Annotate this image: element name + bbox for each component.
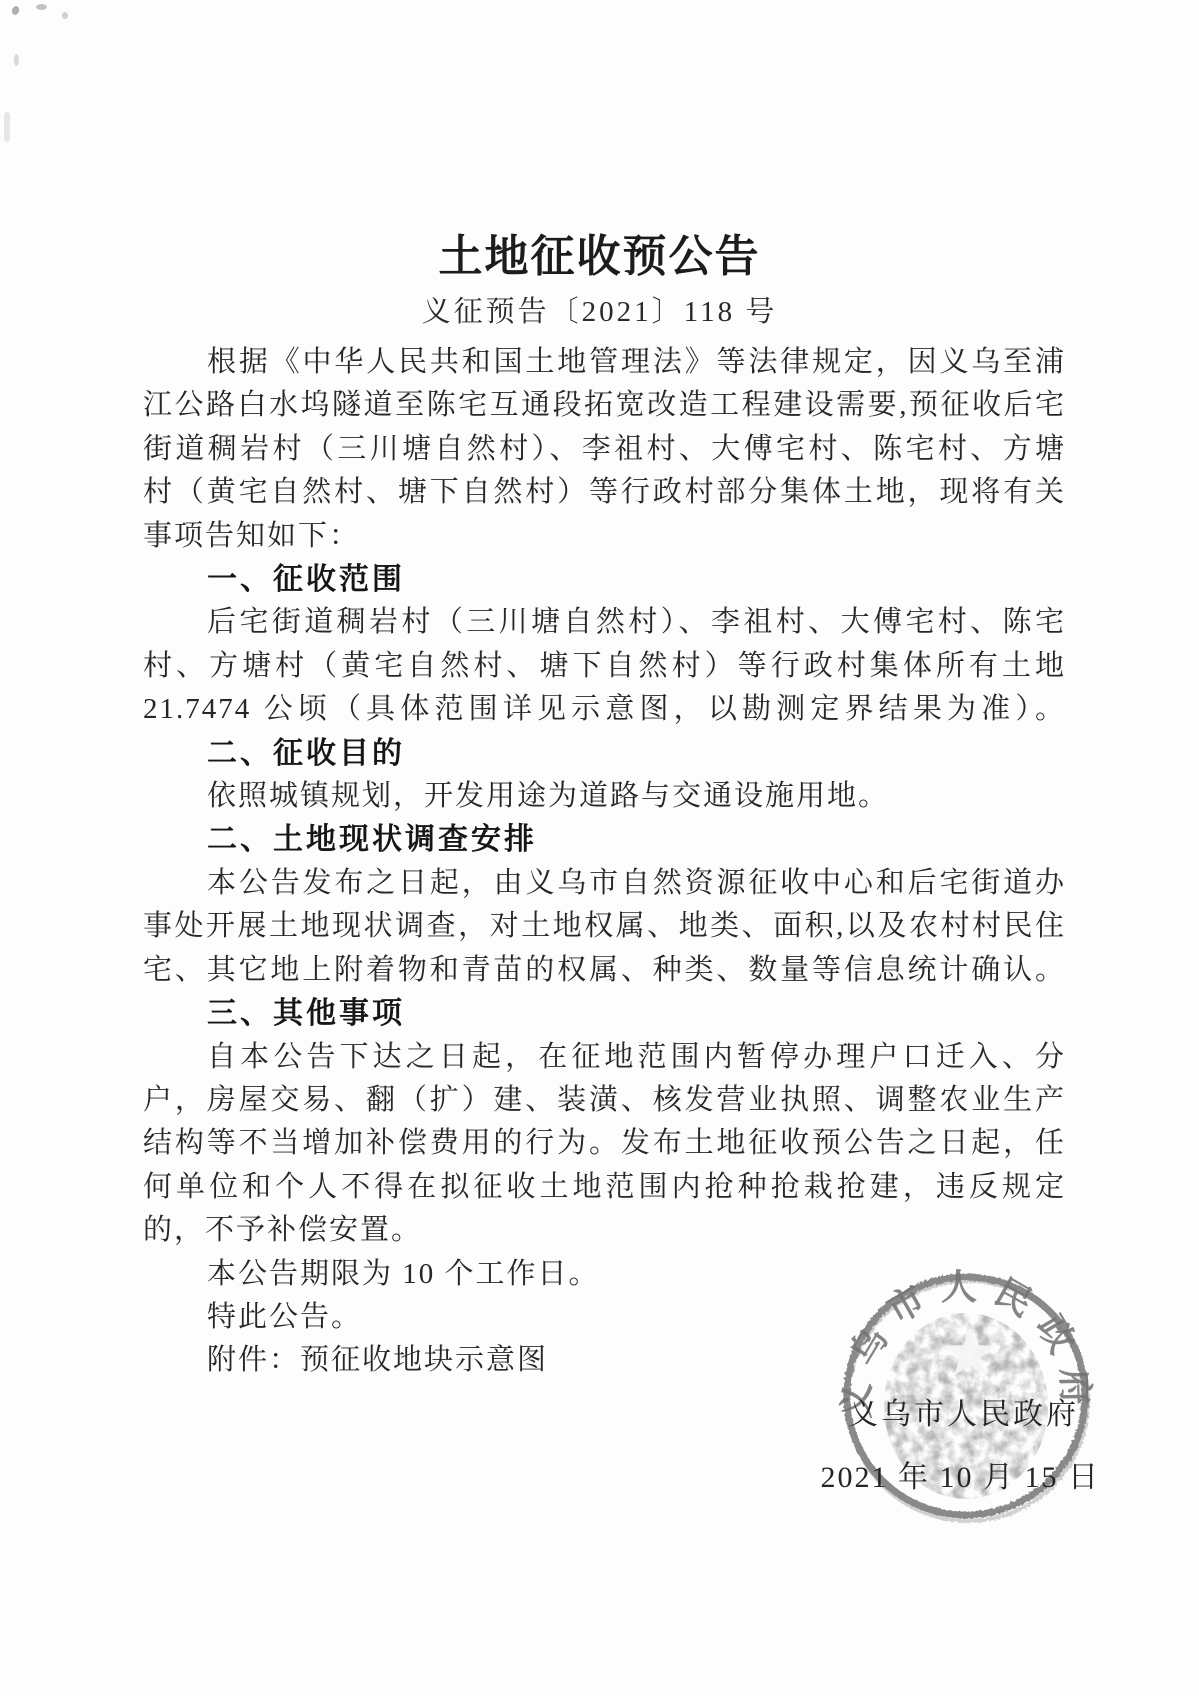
- scan-speckle: [36, 4, 47, 10]
- body-line: 根据《中华人民共和国土地管理法》等法律规定，因义乌至浦: [143, 341, 1066, 384]
- body-line: 江公路白水坞隧道至陈宅互通段拓宽改造工程建设需要,预征收后宅: [143, 384, 1066, 427]
- scan-speckle: [4, 112, 10, 142]
- body-line: 街道稠岩村（三川塘自然村）、李祖村、大傅宅村、陈宅村、方塘: [143, 428, 1066, 471]
- body-line: 村（黄宅自然村、塘下自然村）等行政村部分集体土地，现将有关: [143, 471, 1066, 514]
- body-line: 结构等不当增加补偿费用的行为。发布土地征收预公告之日起，任: [143, 1122, 1066, 1165]
- section-heading: 一、征收范围: [143, 558, 1066, 601]
- body-line: 的，不予补偿安置。: [143, 1209, 1066, 1252]
- document-number: 义征预告〔2021〕118 号: [0, 289, 1199, 330]
- issue-date: 2021 年 10 月 15 日: [821, 1452, 1101, 1496]
- scan-speckle: [62, 12, 68, 19]
- body-line: 事项告知如下：: [143, 515, 1066, 558]
- body-line: 依照城镇规划，开发用途为道路与交通设施用地。: [143, 775, 1066, 818]
- document-title: 土地征收预公告: [0, 220, 1199, 284]
- body-line: 宅、其它地上附着物和青苗的权属、种类、数量等信息统计确认。: [143, 949, 1066, 992]
- body-line: 后宅街道稠岩村（三川塘自然村）、李祖村、大傅宅村、陈宅: [143, 601, 1066, 644]
- scan-speckle: [11, 5, 21, 16]
- section-heading: 三、其他事项: [143, 992, 1066, 1035]
- body-line: 何单位和个人不得在拟征收土地范围内抢种抢栽抢建，违反规定: [143, 1166, 1066, 1209]
- body-line: 自本公告下达之日起，在征地范围内暂停办理户口迁入、分: [143, 1036, 1066, 1079]
- scan-speckle: [14, 54, 19, 66]
- section-heading: 二、土地现状调查安排: [143, 818, 1066, 861]
- document-body: 根据《中华人民共和国土地管理法》等法律规定，因义乌至浦 江公路白水坞隧道至陈宅互…: [143, 341, 1066, 1383]
- body-line: 21.7474 公顷（具体范围详见示意图，以勘测定界结果为准）。: [143, 688, 1066, 731]
- scanned-document-page: 土地征收预公告 义征预告〔2021〕118 号 根据《中华人民共和国土地管理法》…: [0, 0, 1199, 1696]
- body-line: 户，房屋交易、翻（扩）建、装潢、核发营业执照、调整农业生产: [143, 1079, 1066, 1122]
- body-line: 事处开展土地现状调查，对土地权属、地类、面积,以及农村村民住: [143, 905, 1066, 948]
- body-line: 村、方塘村（黄宅自然村、塘下自然村）等行政村集体所有土地: [143, 645, 1066, 688]
- body-line: 本公告发布之日起，由义乌市自然资源征收中心和后宅街道办: [143, 862, 1066, 905]
- issuer-signature: 义乌市人民政府: [848, 1389, 1079, 1433]
- section-heading: 二、征收目的: [143, 732, 1066, 775]
